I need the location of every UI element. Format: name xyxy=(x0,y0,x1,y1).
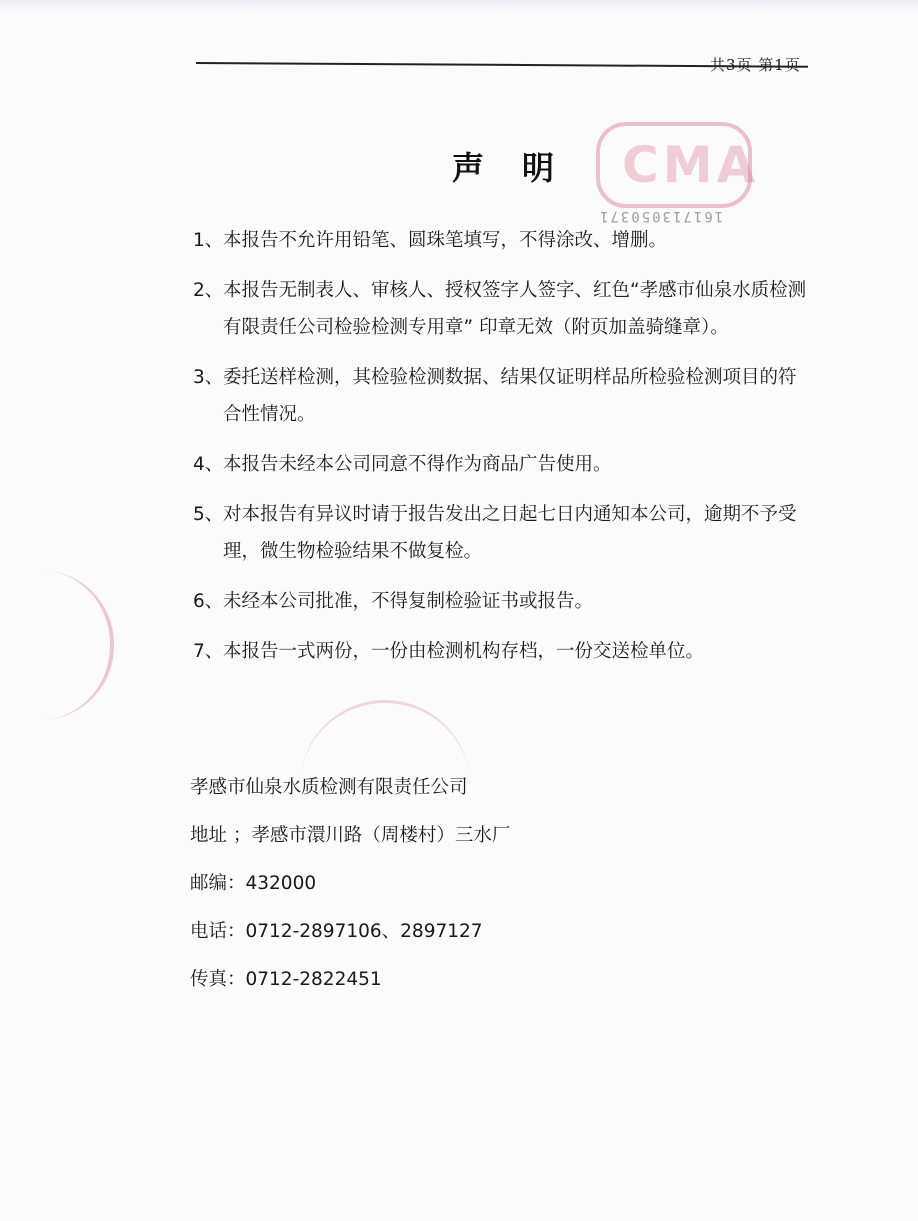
item-number: 2、 xyxy=(193,272,223,309)
item-number: 7、 xyxy=(193,633,223,670)
statement-list: 1、本报告不允许用铅笔、圆珠笔填写，不得涂改、增删。 2、本报告无制表人、审核人… xyxy=(193,222,813,683)
company-phone: 电话：0712-2897106、2897127 xyxy=(190,916,510,964)
company-postcode: 邮编：432000 xyxy=(190,868,510,916)
statement-item: 6、未经本公司批准，不得复制检验证书或报告。 xyxy=(193,583,813,620)
item-text: 委托送样检测，其检验检测数据、结果仅证明样品所检验检测项目的符合性情况。 xyxy=(223,367,797,425)
cma-stamp-icon: CMA 161713050371 xyxy=(596,122,748,212)
company-address: 地址 ；孝感市澴川路（周楼村）三水厂 xyxy=(190,820,510,868)
statement-item: 1、本报告不允许用铅笔、圆珠笔填写，不得涂改、增删。 xyxy=(193,222,813,259)
page-edge xyxy=(0,0,918,14)
statement-item: 4、本报告未经本公司同意不得作为商品广告使用。 xyxy=(193,446,813,483)
company-name: 孝感市仙泉水质检测有限责任公司 xyxy=(190,772,510,820)
item-number: 6、 xyxy=(193,583,223,620)
item-number: 4、 xyxy=(193,446,223,483)
item-number: 5、 xyxy=(193,496,223,533)
item-text: 对本报告有异议时请于报告发出之日起七日内通知本公司，逾期不予受理，微生物检验结果… xyxy=(223,504,797,562)
company-info: 孝感市仙泉水质检测有限责任公司 地址 ；孝感市澴川路（周楼村）三水厂 邮编：43… xyxy=(190,772,510,1012)
item-number: 3、 xyxy=(193,359,223,396)
statement-item: 7、本报告一式两份，一份由检测机构存档，一份交送检单位。 xyxy=(193,633,813,670)
statement-item: 2、本报告无制表人、审核人、授权签字人签字、红色“孝感市仙泉水质检测有限责任公司… xyxy=(193,272,813,346)
seam-stamp-icon xyxy=(40,570,114,720)
item-text: 本报告一式两份，一份由检测机构存档，一份交送检单位。 xyxy=(223,641,704,662)
item-number: 1、 xyxy=(193,222,223,259)
statement-item: 3、委托送样检测，其检验检测数据、结果仅证明样品所检验检测项目的符合性情况。 xyxy=(193,359,813,433)
item-text: 本报告未经本公司同意不得作为商品广告使用。 xyxy=(223,454,612,475)
item-text: 未经本公司批准，不得复制检验证书或报告。 xyxy=(223,591,593,612)
statement-item: 5、对本报告有异议时请于报告发出之日起七日内通知本公司，逾期不予受理，微生物检验… xyxy=(193,496,813,570)
page-title: 声明 xyxy=(452,143,592,189)
company-fax: 传真：0712-2822451 xyxy=(190,964,510,1012)
cma-stamp-letters: CMA xyxy=(622,136,759,194)
item-text: 本报告无制表人、审核人、授权签字人签字、红色“孝感市仙泉水质检测有限责任公司检验… xyxy=(223,280,806,338)
item-text: 本报告不允许用铅笔、圆珠笔填写，不得涂改、增删。 xyxy=(223,230,667,251)
